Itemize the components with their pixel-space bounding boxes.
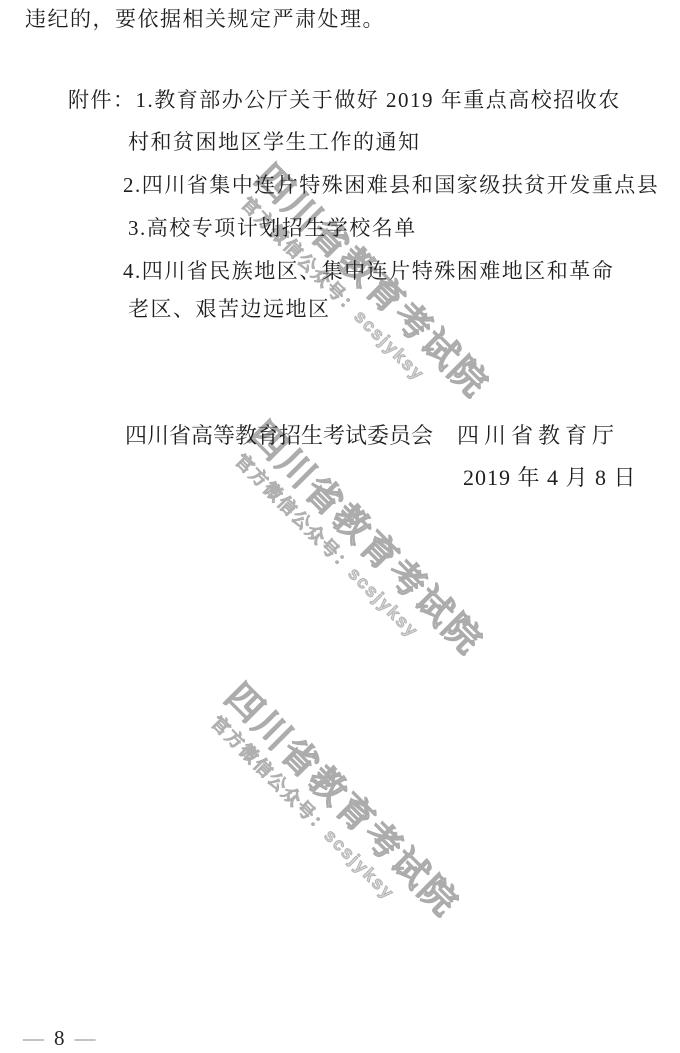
attachment-line-6: 老区、艰苦边远地区 bbox=[128, 297, 331, 321]
watermark-main-text: 四川省教育考试院 bbox=[218, 676, 467, 925]
page-number-dash-right: — bbox=[75, 1026, 96, 1050]
watermark-sub-text: 官方微信公众号：scsjyksy bbox=[207, 712, 436, 941]
attachment-line-4: 3.高校专项计划招生学校名单 bbox=[128, 216, 417, 240]
document-page: 四川省教育考试院 官方微信公众号：scsjyksy 四川省教育考试院 官方微信公… bbox=[0, 0, 680, 1053]
signature-date: 2019 年 4 月 8 日 bbox=[463, 466, 637, 490]
attachment-line-1: 附件：1.教育部办公厅关于做好 2019 年重点高校招收农 bbox=[68, 88, 621, 112]
page-number: —8— bbox=[23, 1028, 96, 1049]
signature-issuer-right: 四川省教育厅 bbox=[457, 424, 619, 448]
watermark-2: 四川省教育考试院 官方微信公众号：scsjyksy bbox=[225, 414, 490, 679]
attachment-line-2: 村和贫困地区学生工作的通知 bbox=[128, 130, 421, 154]
attachment-line-5: 4.四川省民族地区、集中连片特殊困难地区和革命 bbox=[123, 259, 614, 283]
watermark-sub-text: 官方微信公众号：scsjyksy bbox=[231, 450, 460, 679]
watermark-3: 四川省教育考试院 官方微信公众号：scsjyksy bbox=[201, 676, 466, 941]
signature-issuer-left: 四川省高等教育招生考试委员会 bbox=[125, 424, 433, 448]
page-number-value: 8 bbox=[54, 1026, 65, 1050]
watermark-main-text: 四川省教育考试院 bbox=[242, 414, 491, 663]
closing-paragraph: 违纪的，要依据相关规定严肃处理。 bbox=[25, 7, 385, 31]
attachment-line-3: 2.四川省集中连片特殊困难县和国家级扶贫开发重点县 bbox=[123, 173, 659, 197]
page-number-dash-left: — bbox=[23, 1026, 44, 1050]
